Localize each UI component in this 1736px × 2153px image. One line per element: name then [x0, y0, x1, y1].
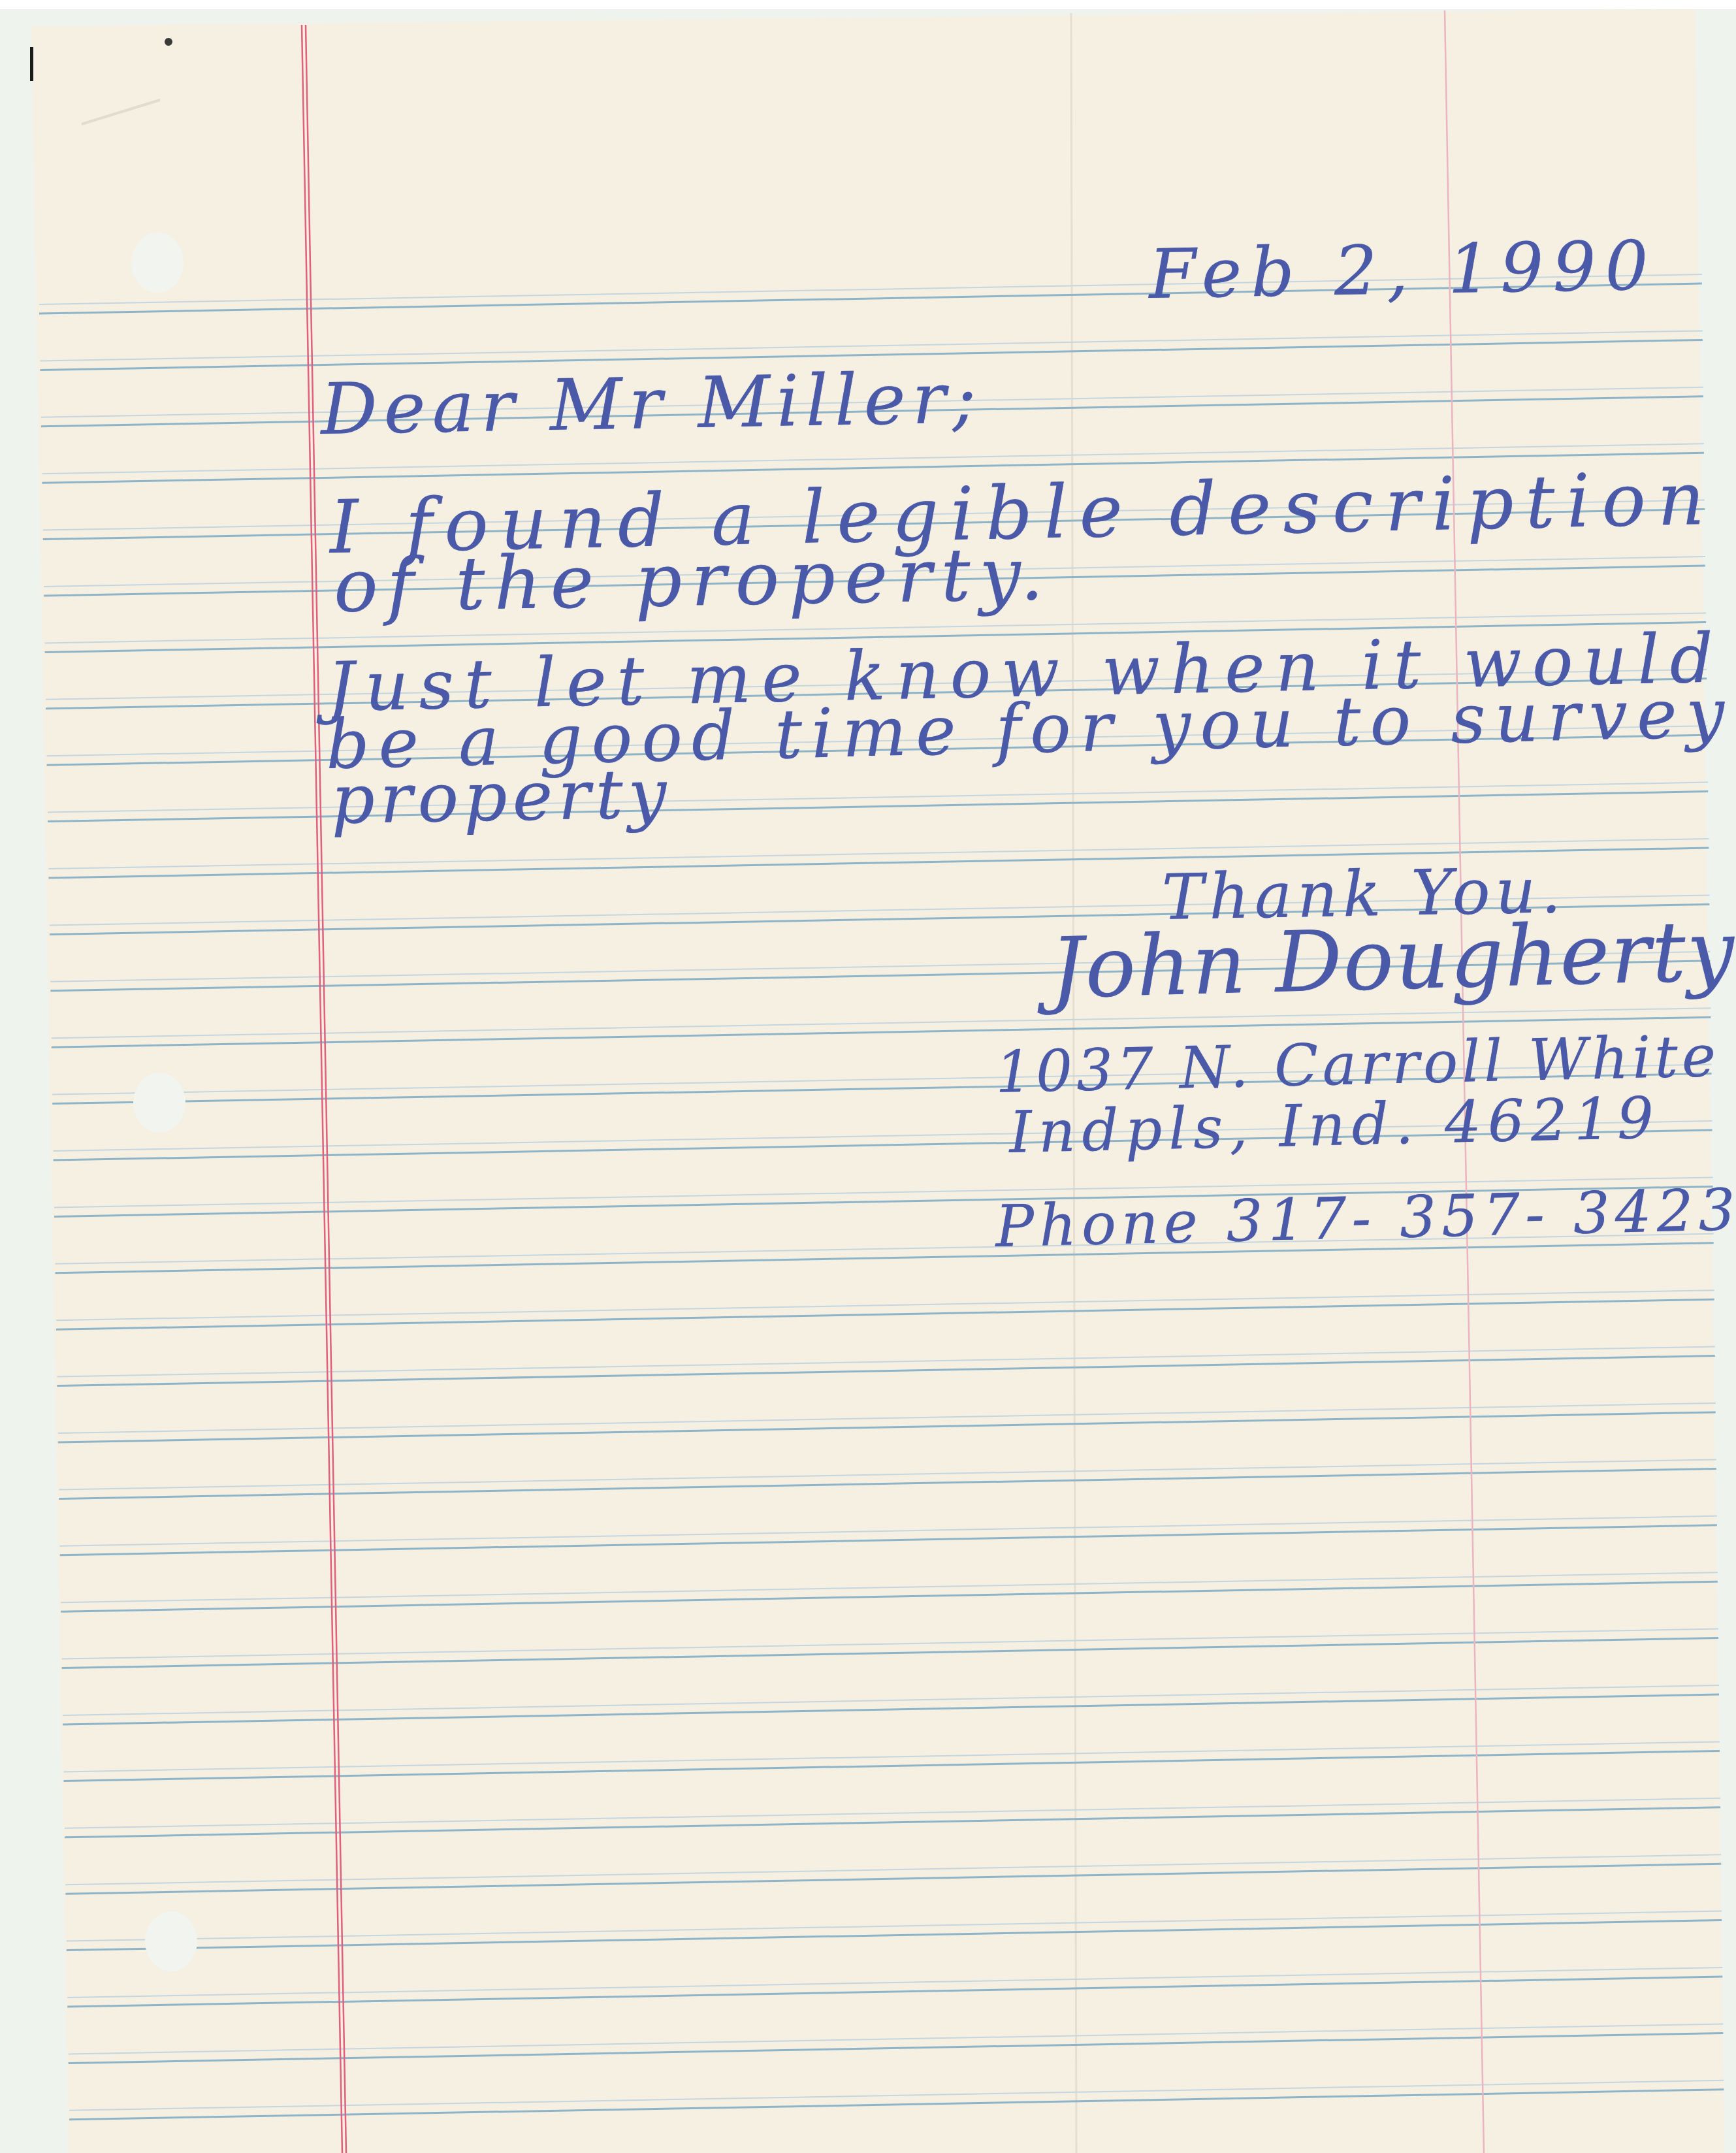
address-city: Indpls, Ind. 46219: [1008, 1089, 1661, 1161]
hole-punch-middle: [133, 1073, 185, 1133]
letter-date: Feb 2, 1990: [1148, 231, 1658, 308]
hole-punch-top: [131, 233, 184, 293]
phone-number: Phone 317- 357- 3423: [995, 1181, 1736, 1255]
edge-mark: [30, 47, 33, 81]
letter-body-line: property: [330, 760, 672, 834]
signature: John Dougherty: [1050, 910, 1736, 1011]
letter-salutation: Dear Mr Miller;: [320, 363, 983, 445]
hole-punch-bottom: [145, 1911, 197, 1971]
letter-body-line: of the property.: [333, 538, 1053, 623]
ink-speck: [165, 38, 172, 46]
